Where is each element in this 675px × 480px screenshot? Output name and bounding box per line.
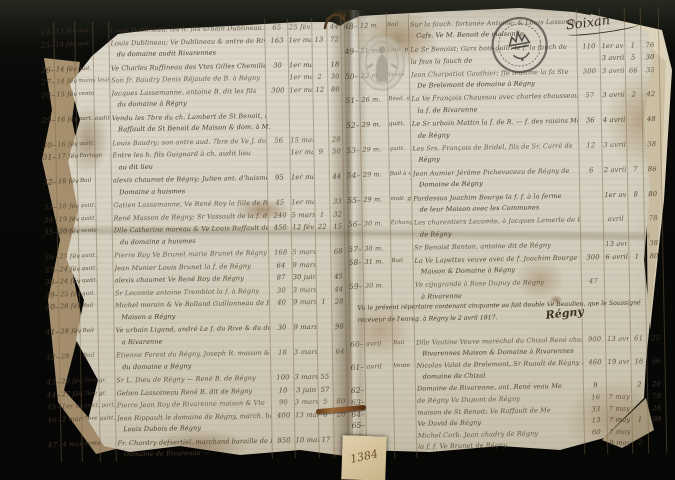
entry-prix: 300 (267, 85, 288, 96)
left-page: 24–13 févquit.Louis Dublineau; les h. fi… (40, 17, 350, 462)
entry-d2: 80 (645, 189, 660, 200)
entry-d2: 50 (329, 146, 343, 157)
entry-nat: quit. (82, 288, 114, 300)
entry-date: 19 fév (59, 214, 80, 225)
entry-t2: du domaine à Régny (118, 97, 272, 111)
entry-prix: 300 (579, 66, 600, 77)
entry-prix: 850 (273, 435, 294, 446)
entry-nat: Échange (391, 218, 412, 229)
entry-prix: 163 (266, 35, 287, 46)
entry-no: 31– (42, 151, 57, 162)
entry-nat: vente (84, 438, 116, 450)
entry-t2: a Rivarenne (122, 334, 276, 348)
entry-enr: 1er mars (289, 72, 312, 83)
entry-prix: 33 (585, 404, 606, 415)
entry-prix: 10 (273, 385, 294, 396)
entry-nat: quit. (78, 63, 110, 75)
entry-date: 27 fév (62, 388, 83, 399)
entry-prix: 40 (271, 297, 292, 308)
entry-no: 36– (44, 251, 59, 262)
entry-date: 30 m. (364, 243, 390, 254)
entry-t1: Gelien Lassoineau René B. dit de Régny (117, 385, 271, 399)
entry-nat: quitt. (81, 250, 113, 262)
entry-t2: du domaine a huismes (120, 234, 274, 248)
entry-date: 29 m. (362, 119, 388, 130)
entry-no: 55– (347, 194, 362, 205)
entry-date: 28 (61, 351, 82, 362)
entry-prix: 30 (271, 285, 292, 296)
entry-t2: domaine de Chizal (423, 368, 589, 382)
entry-date: 30 m. (365, 281, 391, 292)
entry-no: 44– (47, 389, 62, 400)
entry-d2: 68 (331, 246, 345, 257)
entry-date: 20 fév (59, 226, 80, 237)
entry-d1: 9 (314, 147, 327, 158)
entry-enr: 3 avril (602, 90, 624, 101)
entry-date: 26 fév (61, 376, 82, 387)
entry-no: 37– (44, 264, 59, 275)
entry-date: 13 fév (55, 26, 76, 37)
entry-d1: 1 (634, 415, 647, 426)
entry-d1: 7 (629, 164, 642, 175)
entry-t1: alexis chaumet Ve René Roy de Régny (115, 273, 269, 287)
entry-date: 14 fév (56, 64, 77, 75)
entry-prix: 168 (270, 247, 291, 258)
entry-enr: 7 may (608, 403, 630, 414)
entry-nat: 7bre gr. (83, 375, 115, 387)
entry-nat: quitt. part. (84, 400, 116, 412)
entry-d2: 45 (332, 271, 346, 282)
entry-no: 45– (47, 401, 62, 412)
entry-t1: Louis Baudry; son antre aud. 7bre de Ve … (112, 135, 266, 149)
entry-prix: 18 (272, 347, 293, 358)
entry-enr: 12 fév (292, 222, 315, 233)
entry-nat: quitt. (80, 200, 112, 212)
entry-nat: quitt. (81, 263, 113, 275)
entry-d2: 78 (646, 213, 661, 224)
entry-nat: 7bre gr. (84, 388, 116, 400)
entry-enr: 1er mars (288, 34, 311, 45)
entry-d2: 80 (328, 84, 342, 95)
entry-d1: 5 (627, 53, 640, 64)
entry-nat: quit. (77, 25, 109, 37)
entry-d2: 86 (645, 164, 660, 175)
entry-d2: 78 (649, 391, 664, 402)
entry-no: 65– (352, 420, 367, 431)
entry-nat: Bail (82, 300, 114, 312)
entry-t2: Maison a Régny (121, 309, 275, 323)
entry-date: 16 fév (57, 114, 78, 125)
entry-d2: 38 (646, 238, 661, 249)
entry-d2: 44 (330, 171, 344, 182)
entry-t2: de leur Maison avec les Communes (419, 201, 585, 215)
entry-nat: part. audit (79, 113, 111, 125)
entry-date: 18 fév (58, 176, 79, 187)
entry-nat: Bail (82, 325, 114, 337)
entry-no: 62– (351, 385, 366, 396)
entry-d2: 28 (332, 296, 346, 307)
entry-prix: 9 (585, 380, 606, 391)
entry-t1: Son fr. Baudry Denis Réjaude de B. à Rég… (111, 73, 265, 87)
entry-no: 51– (345, 95, 360, 106)
entry-t2: Régny (418, 152, 584, 166)
entry-enr: 3 mars (295, 397, 318, 408)
entry-d2: 72 (327, 34, 341, 45)
entry-enr: 1er mars (291, 197, 314, 208)
entry-t2: Domaine de Rivarenne — (124, 447, 278, 461)
entry-d1: 1 (315, 209, 328, 220)
entry-t2: Domaine a huismes (119, 184, 273, 198)
entry-d1: 61 (632, 333, 645, 344)
entry-d1: 2 (634, 438, 647, 449)
entry-t1: la f. f. Ve Brunet de Régny (418, 439, 584, 453)
entry-prix: 90 (273, 397, 294, 408)
entry-prix: 100 (272, 372, 293, 383)
registrar-signature: Régny (545, 305, 584, 322)
entry-enr: 2 avril (604, 164, 626, 175)
entry-t1: René Masson de Régny; Sr Vassault de la … (114, 210, 268, 224)
entry-enr: 9 mars (293, 297, 316, 308)
entry-date: 14 fév (55, 39, 76, 50)
entry-nat: vente (78, 88, 110, 100)
entry-prix: 300 (582, 252, 603, 263)
entry-d2: 76 (642, 40, 657, 51)
entry-d1: 8 (629, 189, 642, 200)
entry-no: 42– (46, 351, 61, 362)
entry-date: 1er mars (62, 401, 83, 412)
entry-prix: 240 (269, 210, 290, 221)
entry-d2: 32 (330, 209, 344, 220)
entry-date: 28 fév (60, 326, 81, 337)
entry-no: 35– (44, 226, 59, 237)
entry-date: 23 fév (59, 251, 80, 262)
entry-d1: 1 (626, 40, 639, 51)
entry-prix: 47 (583, 277, 604, 288)
entry-no: 59– (349, 281, 364, 292)
entry-enr: 1er avril (601, 40, 623, 51)
round-ink-stamp-icon (485, 9, 556, 84)
attestation-line: receveur de l'enreg. à Régny le 2 avril … (358, 314, 498, 324)
entry-date: 29 m. (363, 194, 389, 205)
entry-d2: 28 (649, 403, 664, 414)
entry-d2: 42 (643, 89, 658, 100)
entry-d2: 33 (330, 196, 344, 207)
entry-enr: 3 juin (295, 384, 318, 395)
entry-no: 30– (42, 139, 57, 150)
entry-no: 28– (41, 89, 56, 100)
entry-d1: 2 (313, 72, 326, 83)
entry-prix: 110 (578, 41, 599, 52)
entry-nat: Bail (387, 20, 408, 31)
entry-prix: 65 (266, 22, 287, 33)
entry-d1: 16 (632, 357, 645, 368)
entry-prix: 13 (586, 415, 607, 426)
entry-d2: 30 (328, 71, 342, 82)
entry-t1: Sr L. Dieu de Régny — René B. de Régny (116, 373, 270, 387)
entry-prix: 6 (581, 165, 602, 176)
entry-date: 29 m. (363, 169, 389, 180)
entry-date: 15 fév (56, 89, 77, 100)
entry-nat: Bail (80, 175, 112, 187)
entry-no: 47– (47, 439, 62, 450)
entry-date: 26 m. (361, 95, 387, 106)
entry-date: 31 m. (364, 256, 390, 267)
entry-nat: Bail (83, 350, 115, 362)
entry-enr: 1er mars (291, 172, 314, 183)
entry-prix: 16 (585, 392, 606, 403)
entry-d1: 2 (627, 90, 640, 101)
entry-date: 17 fév (57, 151, 78, 162)
entry-date: 24 fév (59, 264, 80, 275)
entry-no: 26– (41, 64, 56, 75)
entry-no: 25– (40, 39, 55, 50)
entry-d2: 80 (646, 251, 661, 262)
entry-d1: 1 (317, 297, 330, 308)
entry-enr: 5 mars (291, 209, 314, 220)
entry-enr: 7 may (608, 392, 630, 403)
entry-no: 38– (45, 276, 60, 287)
entry-no: 34– (44, 214, 59, 225)
entry-d2: 48 (644, 114, 659, 125)
entry-no: 32– (43, 176, 58, 187)
entry-no: 39– (45, 289, 60, 300)
entry-d1: 55 (318, 372, 331, 383)
entry-d2: 18 (328, 59, 342, 70)
entry-no: 29– (42, 114, 57, 125)
entry-enr: 13 mars (295, 409, 318, 420)
entry-nat: quit. (77, 38, 109, 50)
entry-d2: 38 (644, 139, 659, 150)
entry-no: 54– (347, 170, 362, 181)
entry-t2: la f. de Rivarenne (418, 102, 584, 116)
entry-d2: 20 (649, 379, 664, 390)
entry-nat: quitt. (82, 275, 114, 287)
entry-no: 33– (43, 201, 58, 212)
entry-enr: 3 mars (294, 372, 317, 383)
entry-date: 12 m. (360, 20, 386, 31)
entry-d1: 2 (633, 380, 646, 391)
entry-prix: 64 (270, 260, 291, 271)
entry-t1: Pierre Jean Roy de Rivarenne maison & Vt… (117, 398, 271, 412)
entry-t1: Louis Dublineau; les h. fils urbain Dubl… (110, 23, 264, 37)
entry-prix: 57 (579, 91, 600, 102)
entry-d2: 15 (331, 221, 345, 232)
entry-date: 18 fév (58, 201, 79, 212)
entry-enr: 1er avril (604, 189, 626, 200)
archival-ledger-scan: 24–13 févquit.Louis Dublineau; les h. fi… (0, 0, 675, 480)
entry-t2: au dit lieu (119, 159, 273, 173)
entry-no: 58– (348, 256, 363, 267)
entry-no: 61– (350, 362, 365, 373)
entry-d1: 57 (319, 384, 332, 395)
entry-no: 40– (45, 301, 60, 312)
entry-t2: Raffault de St Benoit de Maison & dom. à… (118, 122, 272, 136)
entry-enr: 6 avril (605, 251, 627, 262)
entry-no: 52– (346, 120, 361, 131)
binding-thread-icon (322, 8, 348, 34)
entry-nat: mains levée (78, 75, 110, 87)
entry-t2: du domaine audit Rivarennes (117, 47, 271, 61)
entry-d2: 44 (332, 284, 346, 295)
entry-enr: 1er mars (289, 59, 312, 70)
entry-no: 24– (40, 26, 55, 37)
entry-prix: 56 (268, 135, 289, 146)
entry-t2: à Rivarenne (421, 288, 587, 302)
entry-prix: 400 (273, 410, 294, 421)
entry-t1: Gatien Lassemanne, Ve René Roy la fille … (113, 198, 267, 212)
tag-number: 1384 (349, 447, 379, 466)
entry-t2: du domaine a Régny (122, 359, 276, 373)
entry-enr: 7 may (609, 415, 631, 426)
entry-enr: 1er mars (289, 84, 312, 95)
entry-enr: 25 fév (288, 22, 311, 33)
entry-t2: Louis Dubois de Régny (123, 422, 277, 436)
entry-d2: 35 (643, 65, 658, 76)
entry-prix: 87 (271, 272, 292, 283)
entry-nat: Bail à ch. (390, 169, 411, 180)
entry-d1: 17 (319, 434, 332, 445)
entry-enr: 4 avril (603, 115, 625, 126)
entry-nat: Bail (391, 255, 412, 266)
entry-enr: 3 mars (294, 347, 317, 358)
entry-prix: 60 (586, 427, 607, 438)
entry-d1: 1 (630, 251, 643, 262)
entry-enr: 15 mars (290, 134, 313, 145)
entry-no: 41– (45, 326, 60, 337)
entry-prix: 95 (269, 172, 290, 183)
entry-prix: 36 (580, 115, 601, 126)
entry-enr: 7 may (609, 426, 631, 437)
entry-prix: 45 (269, 197, 290, 208)
entry-enr: 30 juin (293, 272, 316, 283)
entry-t2: Rivarennes Maison & Domaine à Rivarennes (422, 345, 588, 359)
entry-date: 30 m. (364, 219, 390, 230)
entry-enr: 13 avril (605, 239, 627, 250)
entry-enr: 3 avril (602, 53, 624, 64)
entry-d1: 66 (627, 65, 640, 76)
entry-t2: de Régny (420, 226, 586, 240)
entry-enr: 3 avril (603, 140, 625, 151)
entry-nat: quitt. (389, 144, 410, 155)
entry-enr: 9 may (609, 438, 631, 449)
entry-date: 16 fév (57, 139, 78, 150)
entry-date: 25 fév (60, 288, 81, 299)
entry-nat: vente (81, 225, 113, 237)
entry-nat: quitt. (389, 119, 410, 130)
entry-nat: moit. gr. (390, 193, 411, 204)
entry-d1: 22 (316, 222, 329, 233)
entry-no: 46– (47, 414, 62, 425)
entry-nat: Partage (79, 150, 111, 162)
entry-no: 43– (46, 376, 61, 387)
embossed-paper-seal-icon (358, 34, 406, 96)
entry-date: 29 m. (362, 144, 388, 155)
entry-enr: 10 mars (295, 434, 318, 445)
entry-no: 60– (350, 339, 365, 350)
entry-d1: 12 (313, 84, 326, 95)
entry-no: 57– (348, 244, 363, 255)
entry-enr: 5 mars (292, 247, 315, 258)
entry-d2: 98 (650, 414, 665, 425)
entry-enr: avril (605, 214, 627, 225)
entry-prix: 30 (267, 60, 288, 71)
entry-date: 24 fév (60, 276, 81, 287)
entry-nat: quitt. (81, 213, 113, 225)
entry-enr: 9 mars (293, 322, 316, 333)
entry-nat: 7bre quitt. (84, 413, 116, 425)
entry-t1: Jean Munier Louis Brunet la f. de Régny (114, 260, 268, 274)
entry-t1: Ve Charles Ruffineau des Vtes Gilles Che… (111, 60, 265, 74)
entry-d2: 30 (643, 52, 658, 63)
archive-number-tag: 1384 (341, 435, 387, 480)
entry-date: 2 mars (62, 413, 83, 424)
entry-prix: 30 (271, 322, 292, 333)
entry-enr: 1er mars (290, 147, 313, 158)
entry-nat: quitt. (79, 138, 111, 150)
entry-prix: 450 (270, 222, 291, 233)
entry-date: 14 fév (56, 76, 77, 87)
entry-enr: 3 avril (602, 65, 624, 76)
entry-d1: 13 (312, 34, 325, 45)
entry-d2: 28 (329, 134, 343, 145)
entry-t2: de Régny (418, 127, 584, 141)
entry-no: 27– (41, 76, 56, 87)
entry-t2: Maison & Domaine à Régny (421, 263, 587, 277)
entry-t1: Pierre Roy Ve Brunet marie Brunet de Rég… (114, 248, 268, 262)
entry-no: 56– (348, 219, 363, 230)
entry-t2: Domaine de Régny (419, 177, 585, 191)
entry-date: 4 mars (62, 438, 83, 449)
entry-t1: Sr Lecomte antoine Tremblot la f. à Régn… (115, 285, 269, 299)
entry-enr: 9 mars (292, 259, 315, 270)
entry-no: 53– (346, 145, 361, 156)
entry-d2: 64 (333, 346, 347, 357)
entry-d2: 98 (332, 321, 346, 332)
entry-enr: 3 mars (293, 284, 316, 295)
entry-d1: 5 (319, 397, 332, 408)
entry-d2: 56 (648, 356, 663, 367)
entry-prix: 12 (580, 140, 601, 151)
entry-date: 28 fév (60, 301, 81, 312)
entry-d2: 25 (648, 333, 663, 344)
